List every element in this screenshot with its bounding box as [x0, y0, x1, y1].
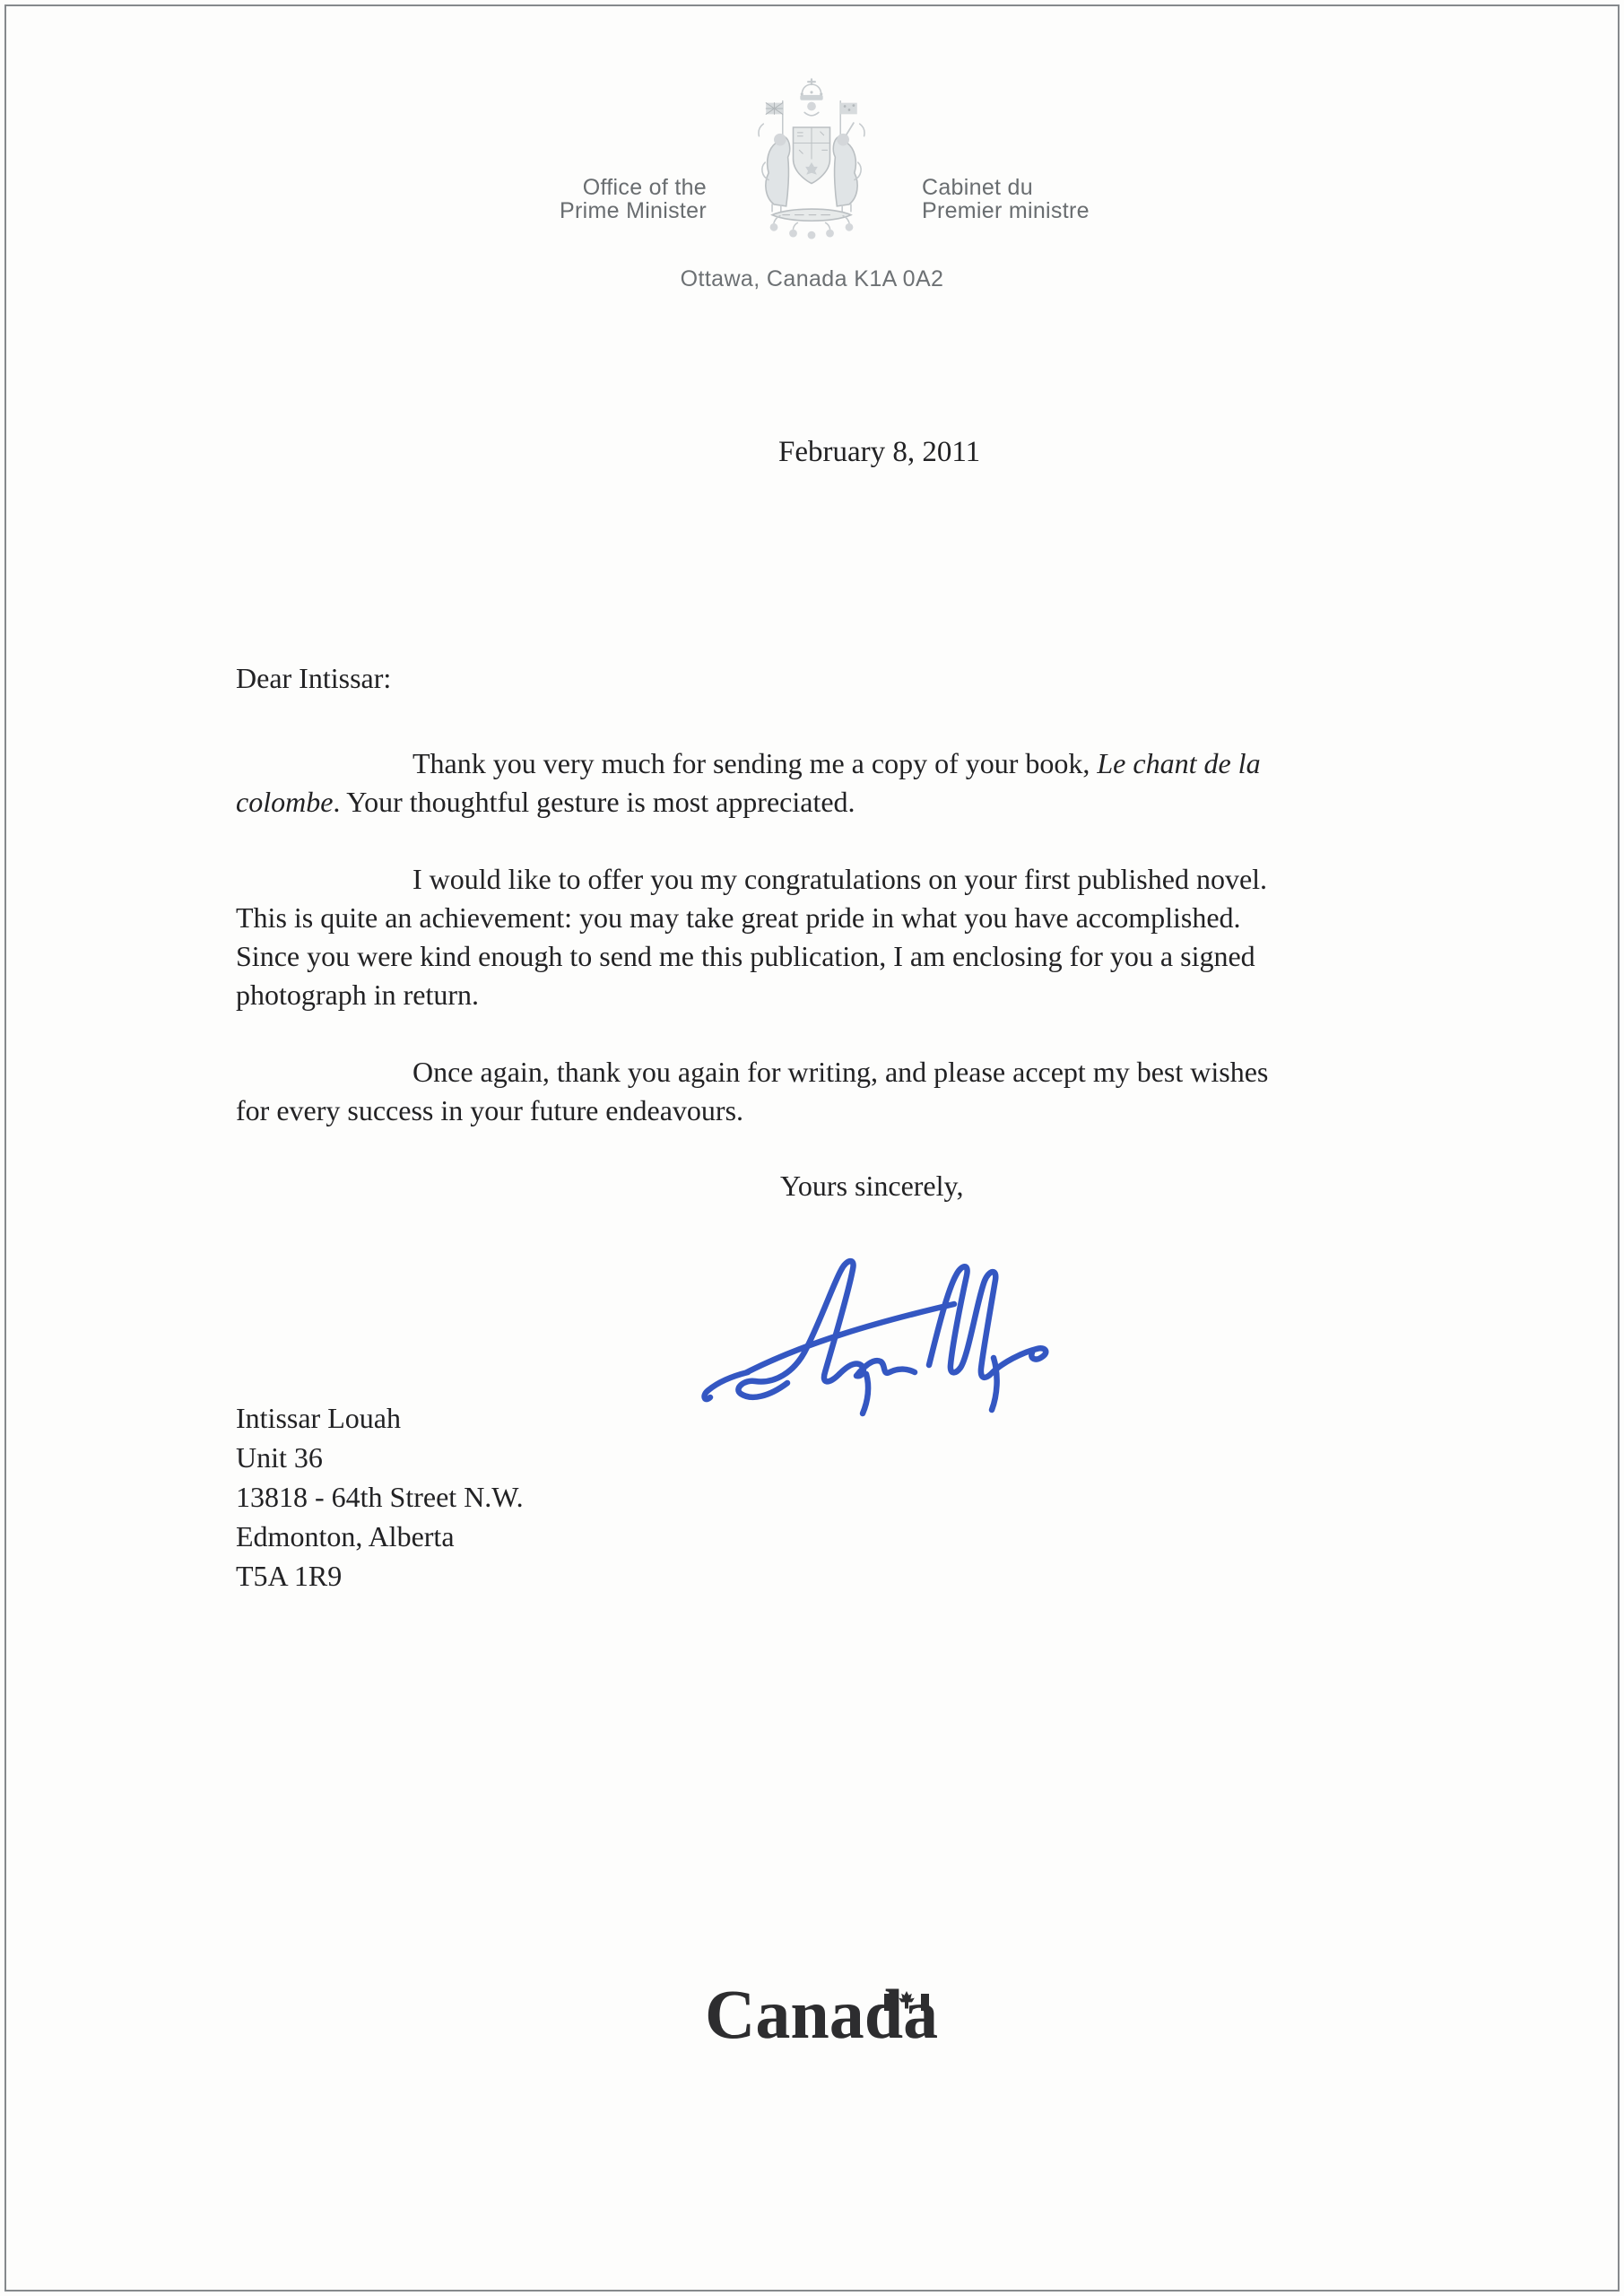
letterhead-en-line1: Office of the — [484, 176, 707, 199]
paragraph-1-line-2: colombe. Your thoughtful gesture is most… — [236, 783, 1491, 822]
recipient-street: 13818 - 64th Street N.W. — [236, 1477, 524, 1517]
recipient-postal-code: T5A 1R9 — [236, 1556, 524, 1596]
paragraph-1-line-1: Thank you very much for sending me a cop… — [236, 744, 1491, 783]
scanned-letter-page: Office of the Prime Minister — [0, 0, 1624, 2296]
handwritten-signature-icon — [698, 1239, 1055, 1422]
letterhead-en-line2: Prime Minister — [484, 199, 707, 222]
paragraph-2-line-4: photograph in return. — [236, 976, 1491, 1014]
letterhead-office-french: Cabinet du Premier ministre — [922, 176, 1090, 222]
paragraph-3-line-2: for every success in your future endeavo… — [236, 1091, 1491, 1130]
paragraph-2: I would like to offer you my congratulat… — [236, 860, 1491, 1014]
paragraph-2-line-2: This is quite an achievement: you may ta… — [236, 899, 1491, 937]
closing: Yours sincerely, — [780, 1167, 963, 1205]
p1-l1-regular: Thank you very much for sending me a cop… — [413, 747, 1097, 779]
recipient-unit: Unit 36 — [236, 1438, 524, 1477]
letterhead-fr-line2: Premier ministre — [922, 199, 1090, 222]
paragraph-2-line-3: Since you were kind enough to send me th… — [236, 937, 1491, 976]
paragraph-3: Once again, thank you again for writing,… — [236, 1053, 1491, 1130]
letterhead-office-english: Office of the Prime Minister — [484, 176, 707, 222]
paragraph-3-line-1: Once again, thank you again for writing,… — [236, 1053, 1491, 1091]
recipient-name: Intissar Louah — [236, 1398, 524, 1438]
canada-wordmark: Canada — [705, 1979, 938, 2049]
coat-of-arms-icon — [737, 75, 886, 253]
p1-l1-book-title: Le chant de la — [1097, 747, 1260, 779]
p1-l2-regular: . Your thoughtful gesture is most apprec… — [333, 786, 855, 818]
p1-l2-book-title: colombe — [236, 786, 333, 818]
canada-wordmark-text: Canada — [705, 1975, 938, 2053]
paragraph-1: Thank you very much for sending me a cop… — [236, 744, 1491, 822]
recipient-address: Intissar Louah Unit 36 13818 - 64th Stre… — [236, 1398, 524, 1596]
paragraph-2-line-1: I would like to offer you my congratulat… — [236, 860, 1491, 899]
recipient-city: Edmonton, Alberta — [236, 1517, 524, 1556]
letterhead-address: Ottawa, Canada K1A 0A2 — [0, 266, 1624, 292]
canada-flag-icon — [884, 1991, 929, 2011]
salutation: Dear Intissar: — [236, 659, 391, 698]
scan-edge-border — [4, 4, 1620, 2292]
letter-date: February 8, 2011 — [778, 433, 980, 472]
letterhead-fr-line1: Cabinet du — [922, 176, 1090, 199]
